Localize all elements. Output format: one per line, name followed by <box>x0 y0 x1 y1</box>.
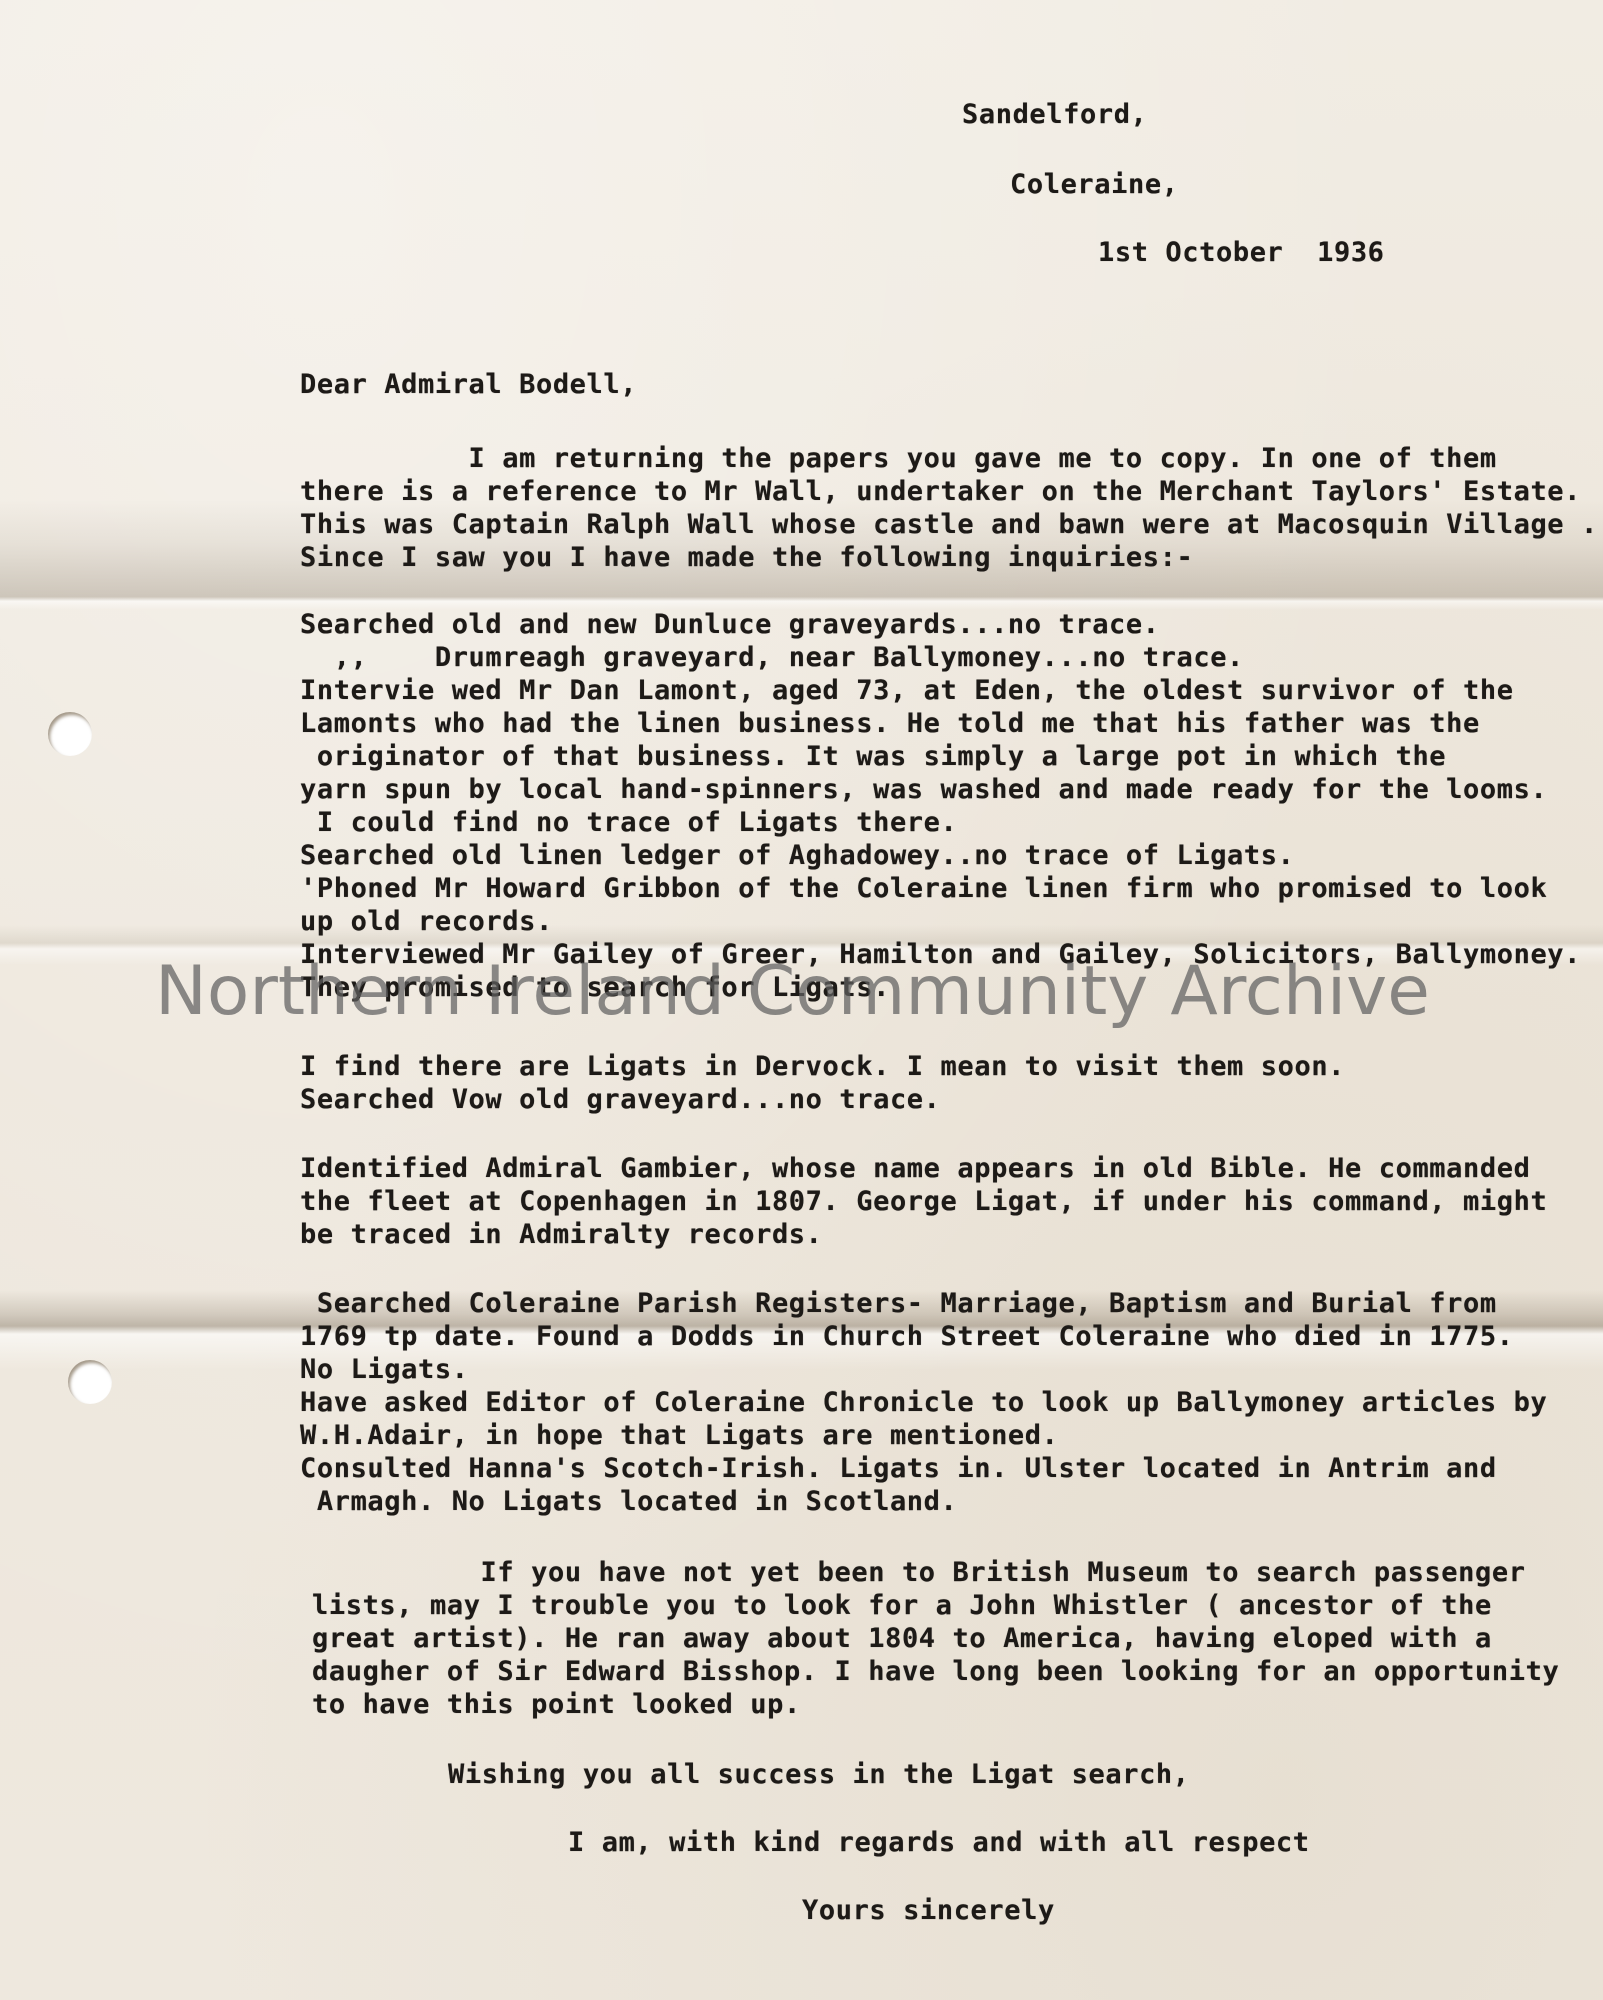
text-line: Have asked Editor of Coleraine Chronicle… <box>300 1386 1547 1419</box>
text-line: Since I saw you I have made the followin… <box>300 541 1598 574</box>
paragraph-registers: Searched Coleraine Parish Registers- Mar… <box>300 1287 1547 1518</box>
paragraph-request: If you have not yet been to British Muse… <box>312 1556 1559 1721</box>
text-line: Armagh. No Ligats located in Scotland. <box>300 1485 1547 1518</box>
text-line: Lamonts who had the linen business. He t… <box>300 707 1581 740</box>
address-line-2: Coleraine, <box>1010 168 1179 201</box>
text-line: Searched old and new Dunluce graveyards.… <box>300 608 1581 641</box>
text-line: up old records. <box>300 905 1581 938</box>
text-line: ,, Drumreagh graveyard, near Ballymoney.… <box>300 641 1581 674</box>
text-line: Consulted Hanna's Scotch-Irish. Ligats i… <box>300 1452 1547 1485</box>
closing-regards: I am, with kind regards and with all res… <box>568 1826 1310 1859</box>
text-line: Searched Coleraine Parish Registers- Mar… <box>300 1287 1547 1320</box>
text-line: 'Phoned Mr Howard Gribbon of the Colerai… <box>300 872 1581 905</box>
text-line: Searched Vow old graveyard...no trace. <box>300 1083 1345 1116</box>
text-line: originator of that business. It was simp… <box>300 740 1581 773</box>
punch-hole <box>68 1360 112 1404</box>
text-line: Identified Admiral Gambier, whose name a… <box>300 1152 1547 1185</box>
text-line: 1769 tp date. Found a Dodds in Church St… <box>300 1320 1547 1353</box>
text-line: If you have not yet been to British Muse… <box>312 1556 1559 1589</box>
text-line: daugher of Sir Edward Bisshop. I have lo… <box>312 1655 1559 1688</box>
text-line: I am returning the papers you gave me to… <box>300 442 1598 475</box>
text-line: there is a reference to Mr Wall, underta… <box>300 475 1598 508</box>
salutation: Dear Admiral Bodell, <box>300 368 637 401</box>
text-line: lists, may I trouble you to look for a J… <box>312 1589 1559 1622</box>
closing-signoff: Yours sincerely <box>802 1894 1055 1927</box>
archive-watermark: Northern Ireland Community Archive <box>155 952 1430 1031</box>
text-line: Intervie wed Mr Dan Lamont, aged 73, at … <box>300 674 1581 707</box>
text-line: Searched old linen ledger of Aghadowey..… <box>300 839 1581 872</box>
text-line: I could find no trace of Ligats there. <box>300 806 1581 839</box>
text-line: great artist). He ran away about 1804 to… <box>312 1622 1559 1655</box>
paragraph-inquiries: Searched old and new Dunluce graveyards.… <box>300 608 1581 1004</box>
text-line: be traced in Admiralty records. <box>300 1218 1547 1251</box>
paragraph-dervock: I find there are Ligats in Dervock. I me… <box>300 1050 1345 1116</box>
text-line: No Ligats. <box>300 1353 1547 1386</box>
text-line: I find there are Ligats in Dervock. I me… <box>300 1050 1345 1083</box>
punch-hole <box>48 712 92 756</box>
text-line: to have this point looked up. <box>312 1688 1559 1721</box>
text-line: yarn spun by local hand-spinners, was wa… <box>300 773 1581 806</box>
closing-wish: Wishing you all success in the Ligat sea… <box>448 1758 1190 1791</box>
text-line: This was Captain Ralph Wall whose castle… <box>300 508 1598 541</box>
paragraph-intro: I am returning the papers you gave me to… <box>300 442 1598 574</box>
letter-date: 1st October 1936 <box>1098 236 1385 269</box>
address-line-1: Sandelford, <box>962 98 1147 131</box>
text-line: the fleet at Copenhagen in 1807. George … <box>300 1185 1547 1218</box>
paragraph-gambier: Identified Admiral Gambier, whose name a… <box>300 1152 1547 1251</box>
text-line: W.H.Adair, in hope that Ligats are menti… <box>300 1419 1547 1452</box>
